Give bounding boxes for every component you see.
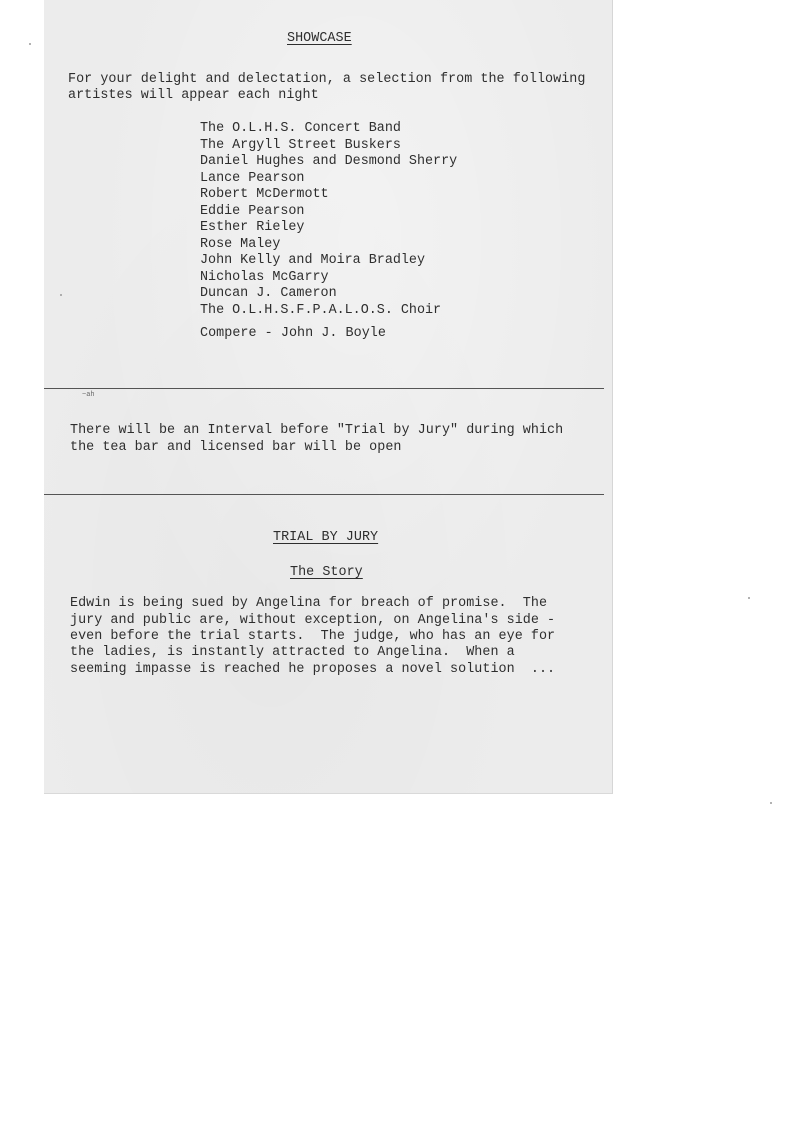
stray-speck xyxy=(29,43,31,45)
programme-page: SHOWCASE For your delight and delectatio… xyxy=(44,0,613,794)
artist-item: The O.L.H.S. Concert Band xyxy=(200,121,457,138)
showcase-intro-line-2: artistes will appear each night xyxy=(68,88,319,105)
stray-typed-mark: ~ah xyxy=(82,391,95,399)
artist-item: Robert McDermott xyxy=(200,187,457,204)
section-divider xyxy=(44,388,604,389)
story-line: the ladies, is instantly attracted to An… xyxy=(70,645,515,662)
artist-item: The O.L.H.S.F.P.A.L.O.S. Choir xyxy=(200,303,457,320)
artist-item: Esther Rieley xyxy=(200,220,457,237)
interval-line-2: the tea bar and licensed bar will be ope… xyxy=(70,440,402,457)
stray-speck xyxy=(748,597,750,599)
artist-item: Nicholas McGarry xyxy=(200,270,457,287)
compere-line: Compere - John J. Boyle xyxy=(200,326,386,343)
artist-item: Lance Pearson xyxy=(200,171,457,188)
artist-item: Eddie Pearson xyxy=(200,204,457,221)
artist-item: Rose Maley xyxy=(200,237,457,254)
artist-list: The O.L.H.S. Concert Band The Argyll Str… xyxy=(200,121,457,319)
story-subheading: The Story xyxy=(290,565,363,582)
artist-item: Daniel Hughes and Desmond Sherry xyxy=(200,154,457,171)
artist-item: The Argyll Street Buskers xyxy=(200,138,457,155)
stray-speck xyxy=(60,294,62,296)
story-line: jury and public are, without exception, … xyxy=(70,613,555,630)
artist-item: John Kelly and Moira Bradley xyxy=(200,253,457,270)
interval-line-1: There will be an Interval before "Trial … xyxy=(70,423,563,440)
artist-item: Duncan J. Cameron xyxy=(200,286,457,303)
showcase-intro-line-1: For your delight and delectation, a sele… xyxy=(68,72,585,89)
trial-by-jury-heading: TRIAL BY JURY xyxy=(273,530,378,547)
stray-speck xyxy=(770,802,772,804)
showcase-heading: SHOWCASE xyxy=(287,31,352,48)
story-line: even before the trial starts. The judge,… xyxy=(70,629,555,646)
story-line: Edwin is being sued by Angelina for brea… xyxy=(70,596,547,613)
story-line: seeming impasse is reached he proposes a… xyxy=(70,662,555,679)
section-divider xyxy=(44,494,604,495)
